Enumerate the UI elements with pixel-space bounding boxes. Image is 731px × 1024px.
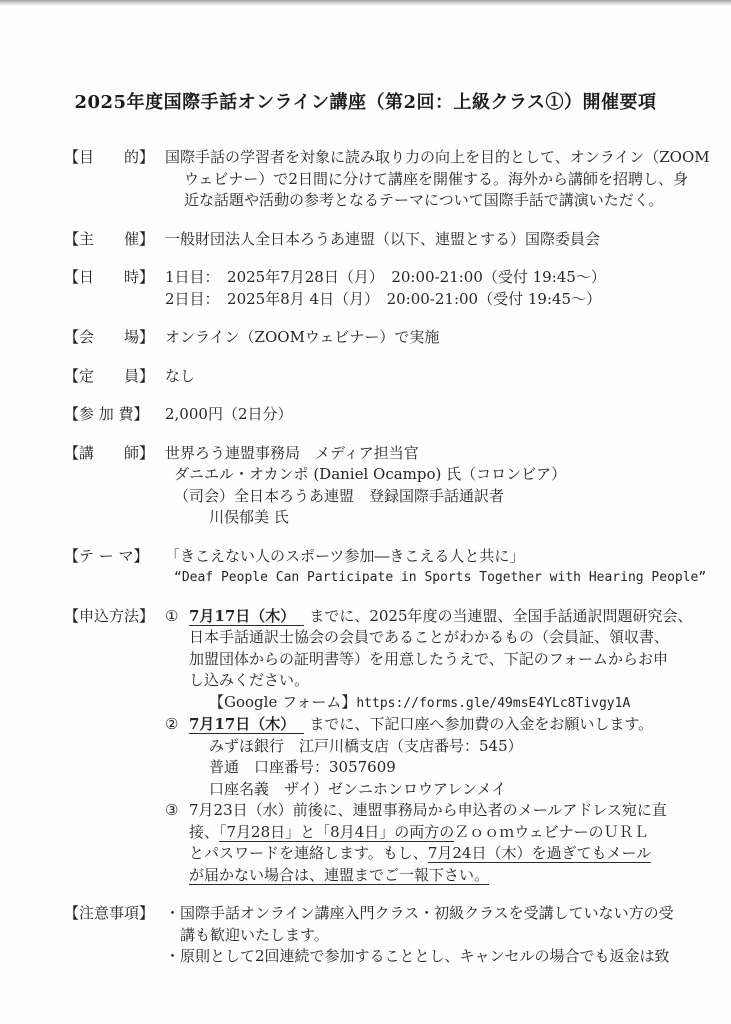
section-notes-text: ・ 国際手話オンライン講座入門クラス・初級クラスを受講していない方の受 講も歓迎… xyxy=(165,903,683,968)
section-purpose-text: 国際手話の学習者を対象に読み取り力の向上を目的として、オンライン（ZOOM ウェ… xyxy=(165,147,683,212)
text-line: 接、「7月28日」と「8月4日」の両方のＺｏｏｍウェビナーのＵＲＬ xyxy=(189,822,683,844)
section-venue-label: 【会 場】 xyxy=(64,327,156,349)
bank-account-number: 普通 口座番号：3057609 xyxy=(189,757,683,779)
section-organizer: 【主 催】 一般財団法人全日本ろうあ連盟（以下、連盟とする）国際委員会 xyxy=(64,229,683,251)
step3-line2-post: ＺｏｏｍウェビナーのＵＲＬ xyxy=(454,823,648,841)
text-line: し込みください。 xyxy=(189,670,683,692)
text-line: 講も歓迎いたします。 xyxy=(180,925,683,947)
application-step-3: ③ 7月23日（水）前後に、連盟事務局から申込者のメールアドレス宛に直 接、「7… xyxy=(165,800,683,886)
text-line: 原則として2回連続で参加することとし、キャンセルの場合でも返金は致 xyxy=(180,946,683,968)
text-line: 7月23日（水）前後に、連盟事務局から申込者のメールアドレス宛に直 xyxy=(189,800,683,822)
step3-line3-underlined: 7月24日（木）を過ぎてもメール xyxy=(428,844,651,863)
section-organizer-label: 【主 催】 xyxy=(64,229,156,251)
text-line: ウェビナー）で2日間に分けて講座を開催する。海外から講師を招聘し、身 xyxy=(165,169,683,191)
text-line: なし xyxy=(165,366,683,388)
note2-body: 原則として2回連続で参加することとし、キャンセルの場合でも返金は致 xyxy=(180,946,683,968)
note1-body: 国際手話オンライン講座入門クラス・初級クラスを受講していない方の受 講も歓迎いた… xyxy=(180,903,683,946)
step2-number: ② xyxy=(165,714,189,736)
text-line: 日本手話通訳士協会の会員であることがわかるもの（会員証、領収書、 xyxy=(189,627,683,649)
step2-line1-rest: までに、下記口座へ参加費の入金をお願いします。 xyxy=(309,715,653,733)
section-purpose: 【目 的】 国際手話の学習者を対象に読み取り力の向上を目的として、オンライン（Z… xyxy=(64,147,683,212)
scan-edge xyxy=(0,0,731,6)
text-line: 国際手話オンライン講座入門クラス・初級クラスを受講していない方の受 xyxy=(180,903,683,925)
text-line: 加盟団体からの証明書等）を用意したうえで、下記のフォームからお申 xyxy=(189,649,683,671)
document-body: 【目 的】 国際手話の学習者を対象に読み取り力の向上を目的として、オンライン（Z… xyxy=(0,147,731,968)
theme-japanese: 「きこえない人のスポーツ参加―きこえる人と共に」 xyxy=(165,546,683,568)
bank-name-branch: みずほ銀行 江戸川橋支店（支店番号：545） xyxy=(189,736,683,758)
scanned-document-page: 2025年度国際手話オンライン講座（第2回：上級クラス①）開催要項 【目 的】 … xyxy=(0,0,731,1024)
datetime-day1: 1日目： 2025年7月28日（月） 20:00-21:00（受付 19:45～… xyxy=(165,267,683,289)
text-line: 7月17日（木）までに、2025年度の当連盟、全国手話通訳問題研究会、 xyxy=(189,606,683,628)
section-application-text: ① 7月17日（木）までに、2025年度の当連盟、全国手話通訳問題研究会、 日本… xyxy=(165,606,683,887)
section-fee-text: 2,000円（2日分） xyxy=(165,404,683,426)
step1-number: ① xyxy=(165,606,189,628)
step1-deadline: 7月17日（木） xyxy=(189,607,304,626)
section-datetime-text: 1日目： 2025年7月28日（月） 20:00-21:00（受付 19:45～… xyxy=(165,267,683,310)
section-notes: 【注意事項】 ・ 国際手話オンライン講座入門クラス・初級クラスを受講していない方… xyxy=(64,903,683,968)
text-line: （司会）全日本ろうあ連盟 登録国際手話通訳者 xyxy=(165,486,683,508)
section-datetime: 【日 時】 1日目： 2025年7月28日（月） 20:00-21:00（受付 … xyxy=(64,267,683,310)
interpreter-name: 川俣郁美 氏 xyxy=(165,507,683,529)
lecturer-name: ダニエル・オカンポ (Daniel Ocampo) 氏（コロンビア） xyxy=(165,464,683,486)
section-organizer-text: 一般財団法人全日本ろうあ連盟（以下、連盟とする）国際委員会 xyxy=(165,229,683,251)
text-line: 近な話題や活動の参考となるテーマについて国際手話で講演いただく。 xyxy=(165,190,683,212)
step3-line3-pre: とパスワードを連絡します。もし、 xyxy=(189,844,428,862)
step2-body: 7月17日（木）までに、下記口座へ参加費の入金をお願いします。 みずほ銀行 江戸… xyxy=(189,714,683,800)
document-title: 2025年度国際手話オンライン講座（第2回：上級クラス①）開催要項 xyxy=(0,0,731,114)
step3-body: 7月23日（水）前後に、連盟事務局から申込者のメールアドレス宛に直 接、「7月2… xyxy=(189,800,683,886)
step3-line4-underlined: が届かない場合は、連盟までご一報下さい。 xyxy=(189,866,489,885)
section-notes-label: 【注意事項】 xyxy=(64,903,156,925)
text-line: が届かない場合は、連盟までご一報下さい。 xyxy=(189,865,683,887)
section-fee: 【参 加 費】 2,000円（2日分） xyxy=(64,404,683,426)
bank-account-holder: 口座名義 ザイ）ゼンニホンロウアレンメイ xyxy=(189,779,683,801)
section-capacity: 【定 員】 なし xyxy=(64,366,683,388)
note-2: ・ 原則として2回連続で参加することとし、キャンセルの場合でも返金は致 xyxy=(165,946,683,968)
section-lecturer-label: 【講 師】 xyxy=(64,443,156,465)
text-line: 7月17日（木）までに、下記口座へ参加費の入金をお願いします。 xyxy=(189,714,683,736)
section-capacity-label: 【定 員】 xyxy=(64,366,156,388)
section-lecturer-text: 世界ろう連盟事務局 メディア担当官 ダニエル・オカンポ (Daniel Ocam… xyxy=(165,443,683,529)
note-1: ・ 国際手話オンライン講座入門クラス・初級クラスを受講していない方の受 講も歓迎… xyxy=(165,903,683,946)
section-theme-text: 「きこえない人のスポーツ参加―きこえる人と共に」 “Deaf People Ca… xyxy=(165,546,683,589)
section-application-label: 【申込方法】 xyxy=(64,606,156,628)
section-capacity-text: なし xyxy=(165,366,683,388)
step1-body: 7月17日（木）までに、2025年度の当連盟、全国手話通訳問題研究会、 日本手話… xyxy=(189,606,683,715)
section-fee-label: 【参 加 費】 xyxy=(64,404,156,426)
application-step-1: ① 7月17日（木）までに、2025年度の当連盟、全国手話通訳問題研究会、 日本… xyxy=(165,606,683,715)
bullet-icon: ・ xyxy=(165,903,180,925)
application-step-2: ② 7月17日（木）までに、下記口座へ参加費の入金をお願いします。 みずほ銀行 … xyxy=(165,714,683,800)
text-line: 国際手話の学習者を対象に読み取り力の向上を目的として、オンライン（ZOOM xyxy=(165,147,683,169)
section-theme-label: 【テ ー マ】 xyxy=(64,546,156,568)
theme-english: “Deaf People Can Participate in Sports T… xyxy=(165,567,683,589)
step3-line2-underlined: 「7月28日」と「8月4日」の両方の xyxy=(219,823,454,842)
section-venue-text: オンライン（ZOOMウェビナー）で実施 xyxy=(165,327,683,349)
google-form-url: https://forms.gle/49msE4YLc8Tivgy1A xyxy=(356,696,630,711)
step3-number: ③ xyxy=(165,800,189,822)
text-line: 一般財団法人全日本ろうあ連盟（以下、連盟とする）国際委員会 xyxy=(165,229,683,251)
section-venue: 【会 場】 オンライン（ZOOMウェビナー）で実施 xyxy=(64,327,683,349)
text-line: とパスワードを連絡します。もし、7月24日（木）を過ぎてもメール xyxy=(189,843,683,865)
section-theme: 【テ ー マ】 「きこえない人のスポーツ参加―きこえる人と共に」 “Deaf P… xyxy=(64,546,683,589)
text-line: オンライン（ZOOMウェビナー）で実施 xyxy=(165,327,683,349)
google-form-line: 【Google フォーム】https://forms.gle/49msE4YLc… xyxy=(189,692,683,715)
section-application: 【申込方法】 ① 7月17日（木）までに、2025年度の当連盟、全国手話通訳問題… xyxy=(64,606,683,887)
step3-line2-pre: 接、 xyxy=(189,823,219,841)
section-lecturer: 【講 師】 世界ろう連盟事務局 メディア担当官 ダニエル・オカンポ (Danie… xyxy=(64,443,683,529)
text-line: 世界ろう連盟事務局 メディア担当官 xyxy=(165,443,683,465)
section-datetime-label: 【日 時】 xyxy=(64,267,156,289)
section-purpose-label: 【目 的】 xyxy=(64,147,156,169)
text-line: 2,000円（2日分） xyxy=(165,404,683,426)
datetime-day2: 2日目： 2025年8月 4日（月） 20:00-21:00（受付 19:45～… xyxy=(165,289,683,311)
google-form-label: 【Google フォーム】 xyxy=(209,693,356,711)
bullet-icon: ・ xyxy=(165,946,180,968)
step2-deadline: 7月17日（木） xyxy=(189,715,304,734)
step1-line1-rest: までに、2025年度の当連盟、全国手話通訳問題研究会、 xyxy=(309,607,692,625)
